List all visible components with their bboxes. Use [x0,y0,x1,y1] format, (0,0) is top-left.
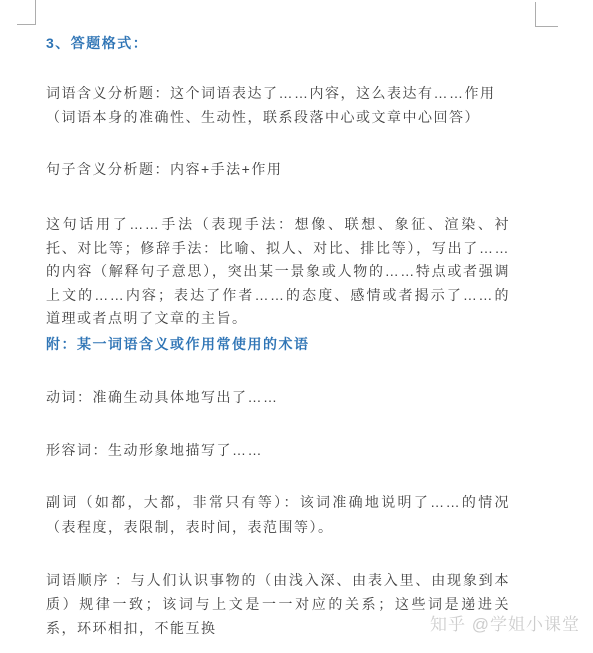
paragraph-sentence-meaning: 句子含义分析题：内容+手法+作用 [46,157,510,181]
paragraph-term-verb: 动词：准确生动具体地写出了…… [46,385,510,409]
paragraph-term-adverb: 副词（如都，大都，非常只有等）：该词准确地说明了……的情况（表程度，表限制，表时… [46,490,510,540]
paragraph-sentence-detail: 这句话用了……手法（表现手法：想像、联想、象征、渲染、衬托、对比等；修辞手法：比… [46,213,510,331]
word-meaning-line2: （词语本身的准确性、生动性，联系段落中心或文章中心回答） [46,105,510,129]
document-content: 3、答题格式： 词语含义分析题：这个词语表达了……内容，这么表达有……作用 （词… [0,0,593,653]
heading-answer-format: 3、答题格式： [46,31,510,55]
paragraph-term-adjective: 形容词：生动形象地描写了…… [46,438,510,462]
document-page: 3、答题格式： 词语含义分析题：这个词语表达了……内容，这么表达有……作用 （词… [0,0,593,653]
heading-terms: 附：某一词语含义或作用常使用的术语 [46,332,510,356]
paragraph-word-meaning: 词语含义分析题：这个词语表达了……内容，这么表达有……作用 （词语本身的准确性、… [46,81,510,129]
word-meaning-line1: 词语含义分析题：这个词语表达了……内容，这么表达有……作用 [46,81,510,105]
zhihu-watermark: 知乎 @学姐小课堂 [430,613,580,637]
